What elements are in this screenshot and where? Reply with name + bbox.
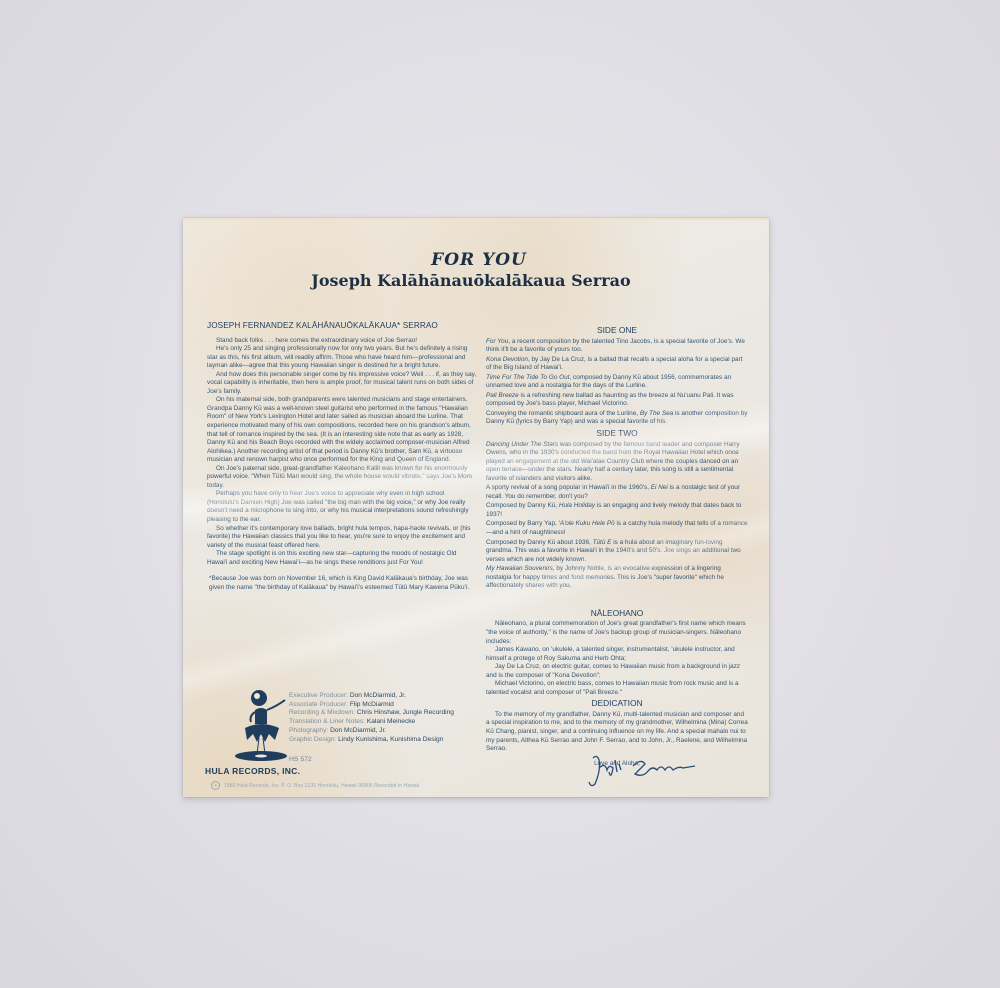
credit-name: Chris Hinshaw, Jungle Recording bbox=[357, 709, 454, 716]
catalog-number: HS 572 bbox=[289, 756, 312, 763]
credit-role: Photography: bbox=[289, 727, 330, 734]
title-block: FOR YOU Joseph Kalāhānauōkalākaua Serrao bbox=[183, 250, 769, 290]
track-title: Dancing Under The Stars bbox=[486, 441, 558, 448]
track-note: Composed by Barry Yap, 'A'ole Kuku Hele … bbox=[486, 520, 748, 537]
liner-notes-right: SIDE ONE For You, a recent composition b… bbox=[486, 324, 748, 768]
track-note: For You, a recent composition by the tal… bbox=[486, 338, 748, 355]
side-one-notes: For You, a recent composition by the tal… bbox=[486, 338, 748, 427]
credit-name: Don McDiarmid, Jr. bbox=[330, 727, 386, 734]
biography-text: Stand back folks . . . here comes the ex… bbox=[207, 337, 477, 568]
track-note: Pali Breeze is a refreshing new ballad a… bbox=[486, 392, 748, 409]
track-title: Pali Breeze bbox=[486, 392, 519, 399]
side-one-heading: SIDE ONE bbox=[486, 326, 748, 335]
track-note: Conveying the romantic shipboard aura of… bbox=[486, 410, 748, 427]
track-note: Kona Devotion, by Jay De La Cruz, is a b… bbox=[486, 356, 748, 373]
track-title: My Hawaiian Souvenirs bbox=[486, 565, 553, 572]
track-title: By The Sea bbox=[640, 410, 673, 417]
biography-paragraph: Perhaps you have only to hear Joe's voic… bbox=[207, 490, 477, 524]
biography-paragraph: On Joe's paternal side, great-grandfathe… bbox=[207, 465, 477, 491]
naleohano-paragraph: Jay De La Cruz, on electric guitar, come… bbox=[486, 663, 748, 680]
biography-paragraph: He's only 25 and singing professionally … bbox=[207, 345, 477, 371]
track-note: My Hawaiian Souvenirs, by Johnny Noble, … bbox=[486, 565, 748, 591]
credit-line: Photography: Don McDiarmid, Jr. bbox=[289, 727, 454, 736]
track-title: Tūtū E bbox=[593, 539, 612, 546]
side-two-heading: SIDE TWO bbox=[486, 429, 748, 438]
footnote: *Because Joe was born on November 16, wh… bbox=[207, 575, 477, 592]
track-title: For You bbox=[486, 338, 508, 345]
album-back-cover: FOR YOU Joseph Kalāhānauōkalākaua Serrao… bbox=[183, 218, 769, 797]
signature-icon bbox=[583, 750, 703, 790]
production-credits: Executive Producer: Don McDiarmid, Jr.As… bbox=[289, 692, 454, 744]
track-title: 'A'ole Kuku Hele Pō bbox=[559, 520, 615, 527]
track-note: Dancing Under The Stars was composed by … bbox=[486, 441, 748, 484]
biography-paragraph: The stage spotlight is on this exciting … bbox=[207, 550, 477, 567]
liner-notes-left: JOSEPH FERNANDEZ KALĀHĀNAUŌKALĀKAUA* SER… bbox=[207, 322, 477, 592]
record-label-name: HULA RECORDS, INC. bbox=[205, 766, 300, 776]
naleohano-paragraph: Michael Victorino, on electric bass, com… bbox=[486, 680, 748, 697]
dedication-heading: DEDICATION bbox=[486, 699, 748, 708]
credit-role: Translation & Liner Notes: bbox=[289, 718, 367, 725]
credit-line: Recording & Mixdown: Chris Hinshaw, Jung… bbox=[289, 709, 454, 718]
track-note: A sporty revival of a song popular in Ha… bbox=[486, 484, 748, 501]
side-two-notes: Dancing Under The Stars was composed by … bbox=[486, 441, 748, 591]
credit-line: Translation & Liner Notes: Kalani Meinec… bbox=[289, 718, 454, 727]
credit-line: Associate Producer: Flip McDiarmid bbox=[289, 701, 454, 710]
track-note: Time For The Tide To Go Out, composed by… bbox=[486, 374, 748, 391]
artist-name: Joseph Kalāhānauōkalākaua Serrao bbox=[173, 271, 769, 290]
track-title: Ei Nei bbox=[651, 484, 668, 491]
phonogram-copyright-icon: ℗ bbox=[211, 781, 220, 790]
biography-paragraph: On his maternal side, both grandparents … bbox=[207, 396, 477, 464]
naleohano-paragraph: Nāleohano, a plural commemoration of Joe… bbox=[486, 620, 748, 646]
legal-text: 1980 Hula Records, Inc. P. O. Box 2135 H… bbox=[224, 783, 419, 789]
credit-name: Flip McDiarmid bbox=[350, 701, 394, 708]
credit-line: Executive Producer: Don McDiarmid, Jr. bbox=[289, 692, 454, 701]
track-title: Hula Holiday bbox=[559, 502, 595, 509]
track-note: Composed by Danny Kū, Hula Holiday is an… bbox=[486, 502, 748, 519]
credit-role: Associate Producer: bbox=[289, 701, 350, 708]
biography-paragraph: Stand back folks . . . here comes the ex… bbox=[207, 337, 477, 346]
album-title: FOR YOU bbox=[189, 250, 769, 270]
credit-role: Graphic Design: bbox=[289, 736, 338, 743]
credit-role: Recording & Mixdown: bbox=[289, 709, 357, 716]
naleohano-heading: NĀLEOHANO bbox=[486, 609, 748, 618]
naleohano-paragraph: James Kawano, on 'ukulele, a talented si… bbox=[486, 646, 748, 663]
credit-name: Lindy Kunishima, Kunishima Design bbox=[338, 736, 443, 743]
credit-role: Executive Producer: bbox=[289, 692, 350, 699]
legal-line: ℗1980 Hula Records, Inc. P. O. Box 2135 … bbox=[211, 781, 419, 790]
biography-paragraph: And how does this personable singer come… bbox=[207, 371, 477, 397]
biography-heading: JOSEPH FERNANDEZ KALĀHĀNAUŌKALĀKAUA* SER… bbox=[207, 322, 477, 331]
track-title: Time For The Tide To Go Out bbox=[486, 374, 569, 381]
naleohano-text: Nāleohano, a plural commemoration of Joe… bbox=[486, 620, 748, 697]
dedication-text: To the memory of my grandfather, Danny K… bbox=[486, 711, 748, 754]
track-note: Composed by Danny Kū about 1936, Tūtū E … bbox=[486, 539, 748, 565]
biography-paragraph: So whether it's contemporary love ballad… bbox=[207, 525, 477, 551]
credit-name: Kalani Meinecke bbox=[367, 718, 415, 725]
credit-name: Don McDiarmid, Jr. bbox=[350, 692, 406, 699]
credit-line: Graphic Design: Lindy Kunishima, Kunishi… bbox=[289, 736, 454, 745]
track-title: Kona Devotion bbox=[486, 356, 528, 363]
